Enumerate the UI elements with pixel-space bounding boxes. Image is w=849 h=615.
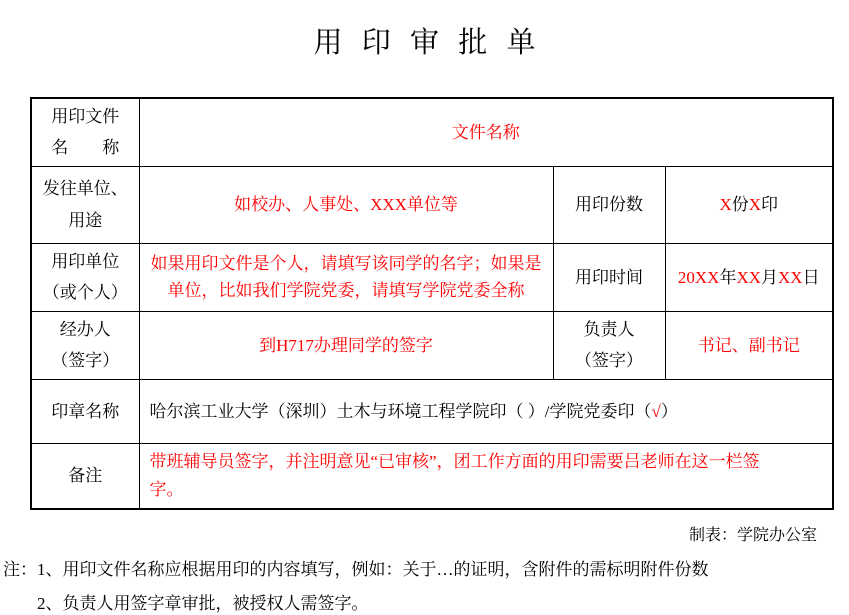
time-month-char: 月 xyxy=(761,268,778,287)
time-day-char: 日 xyxy=(803,268,820,287)
copies-label-cell: 用印份数 xyxy=(553,166,665,243)
seal-checkmark: √ xyxy=(651,402,660,421)
row-handler-responsible: 经办人 （签字） 到H717办理同学的签字 负责人 （签字） 书记、副书记 xyxy=(31,311,833,379)
row-seal-name: 印章名称 哈尔滨工业大学（深圳）土木与环境工程学院印（ ）/学院党委印（√） xyxy=(31,379,833,443)
row-doc-name: 用印文件 名 称 文件名称 xyxy=(31,98,833,166)
seal-name-label-cell: 印章名称 xyxy=(31,379,139,443)
doc-name-value-cell: 文件名称 xyxy=(139,98,833,166)
copies-unit-fen: 份 xyxy=(732,195,749,214)
remarks-value-cell: 带班辅导员签字，并注明意见“已审核”，团工作方面的用印需要吕老师在这一栏签字。 xyxy=(139,443,833,509)
handler-label-line2: （签字） xyxy=(36,345,135,376)
remarks-label-cell: 备注 xyxy=(31,443,139,509)
responsible-value-cell: 书记、副书记 xyxy=(665,311,833,379)
row-remarks: 备注 带班辅导员签字，并注明意见“已审核”，团工作方面的用印需要吕老师在这一栏签… xyxy=(31,443,833,509)
unit-label-cell: 用印单位 （或个人） xyxy=(31,243,139,311)
copies-count-x2: X xyxy=(749,195,761,214)
copies-value-cell: X份X印 xyxy=(665,166,833,243)
copies-unit-yin: 印 xyxy=(761,195,778,214)
seal-approval-form-page: 用 印 审 批 单 用印文件 名 称 文件名称 发往单位、 用途 如校办、人事处… xyxy=(0,0,849,615)
time-year-char: 年 xyxy=(719,268,736,287)
responsible-label-line1: 负责人 xyxy=(558,314,661,345)
seal-name-text: 哈尔滨工业大学（深圳）土木与环境工程学院印（ ）/学院党委印（ xyxy=(150,402,652,421)
copies-count-x1: X xyxy=(719,195,731,214)
responsible-label-line2: （签字） xyxy=(558,345,661,376)
handler-label-line1: 经办人 xyxy=(36,314,135,345)
time-month-num: XX xyxy=(736,268,761,287)
time-day-num: XX xyxy=(778,268,803,287)
destination-label-line2: 用途 xyxy=(36,205,135,236)
destination-label-cell: 发往单位、 用途 xyxy=(31,166,139,243)
page-title: 用 印 审 批 单 xyxy=(0,0,849,61)
row-destination-copies: 发往单位、 用途 如校办、人事处、XXX单位等 用印份数 X份X印 xyxy=(31,166,833,243)
unit-label-line1: 用印单位 xyxy=(36,246,135,277)
row-unit-time: 用印单位 （或个人） 如果用印文件是个人，请填写该同学的名字；如果是单位，比如我… xyxy=(31,243,833,311)
doc-name-label-line1: 用印文件 xyxy=(36,101,135,132)
handler-value-cell: 到H717办理同学的签字 xyxy=(139,311,553,379)
table-maker-line: 制表：学院办公室 xyxy=(0,522,817,545)
notes-section: 注：1、用印文件名称应根据用印的内容填写，例如：关于…的证明，含附件的需标明附件… xyxy=(3,559,849,615)
time-year-num: 20XX xyxy=(678,268,720,287)
approval-table: 用印文件 名 称 文件名称 发往单位、 用途 如校办、人事处、XXX单位等 用印… xyxy=(30,97,834,510)
seal-name-value-cell: 哈尔滨工业大学（深圳）土木与环境工程学院印（ ）/学院党委印（√） xyxy=(139,379,833,443)
destination-label-line1: 发往单位、 xyxy=(36,173,135,204)
handler-label-cell: 经办人 （签字） xyxy=(31,311,139,379)
responsible-label-cell: 负责人 （签字） xyxy=(553,311,665,379)
note-line-1: 注：1、用印文件名称应根据用印的内容填写，例如：关于…的证明，含附件的需标明附件… xyxy=(3,559,849,580)
seal-name-close-paren: ） xyxy=(661,402,678,421)
unit-value-cell: 如果用印文件是个人，请填写该同学的名字；如果是单位，比如我们学院党委，请填写学院… xyxy=(139,243,553,311)
doc-name-label-line2: 名 称 xyxy=(36,132,135,163)
doc-name-label-cell: 用印文件 名 称 xyxy=(31,98,139,166)
time-value-cell: 20XX年XX月XX日 xyxy=(665,243,833,311)
unit-label-line2: （或个人） xyxy=(36,277,135,308)
note-line-2: 2、负责人用签字章审批，被授权人需签字。 xyxy=(37,593,849,614)
destination-value-cell: 如校办、人事处、XXX单位等 xyxy=(139,166,553,243)
time-label-cell: 用印时间 xyxy=(553,243,665,311)
